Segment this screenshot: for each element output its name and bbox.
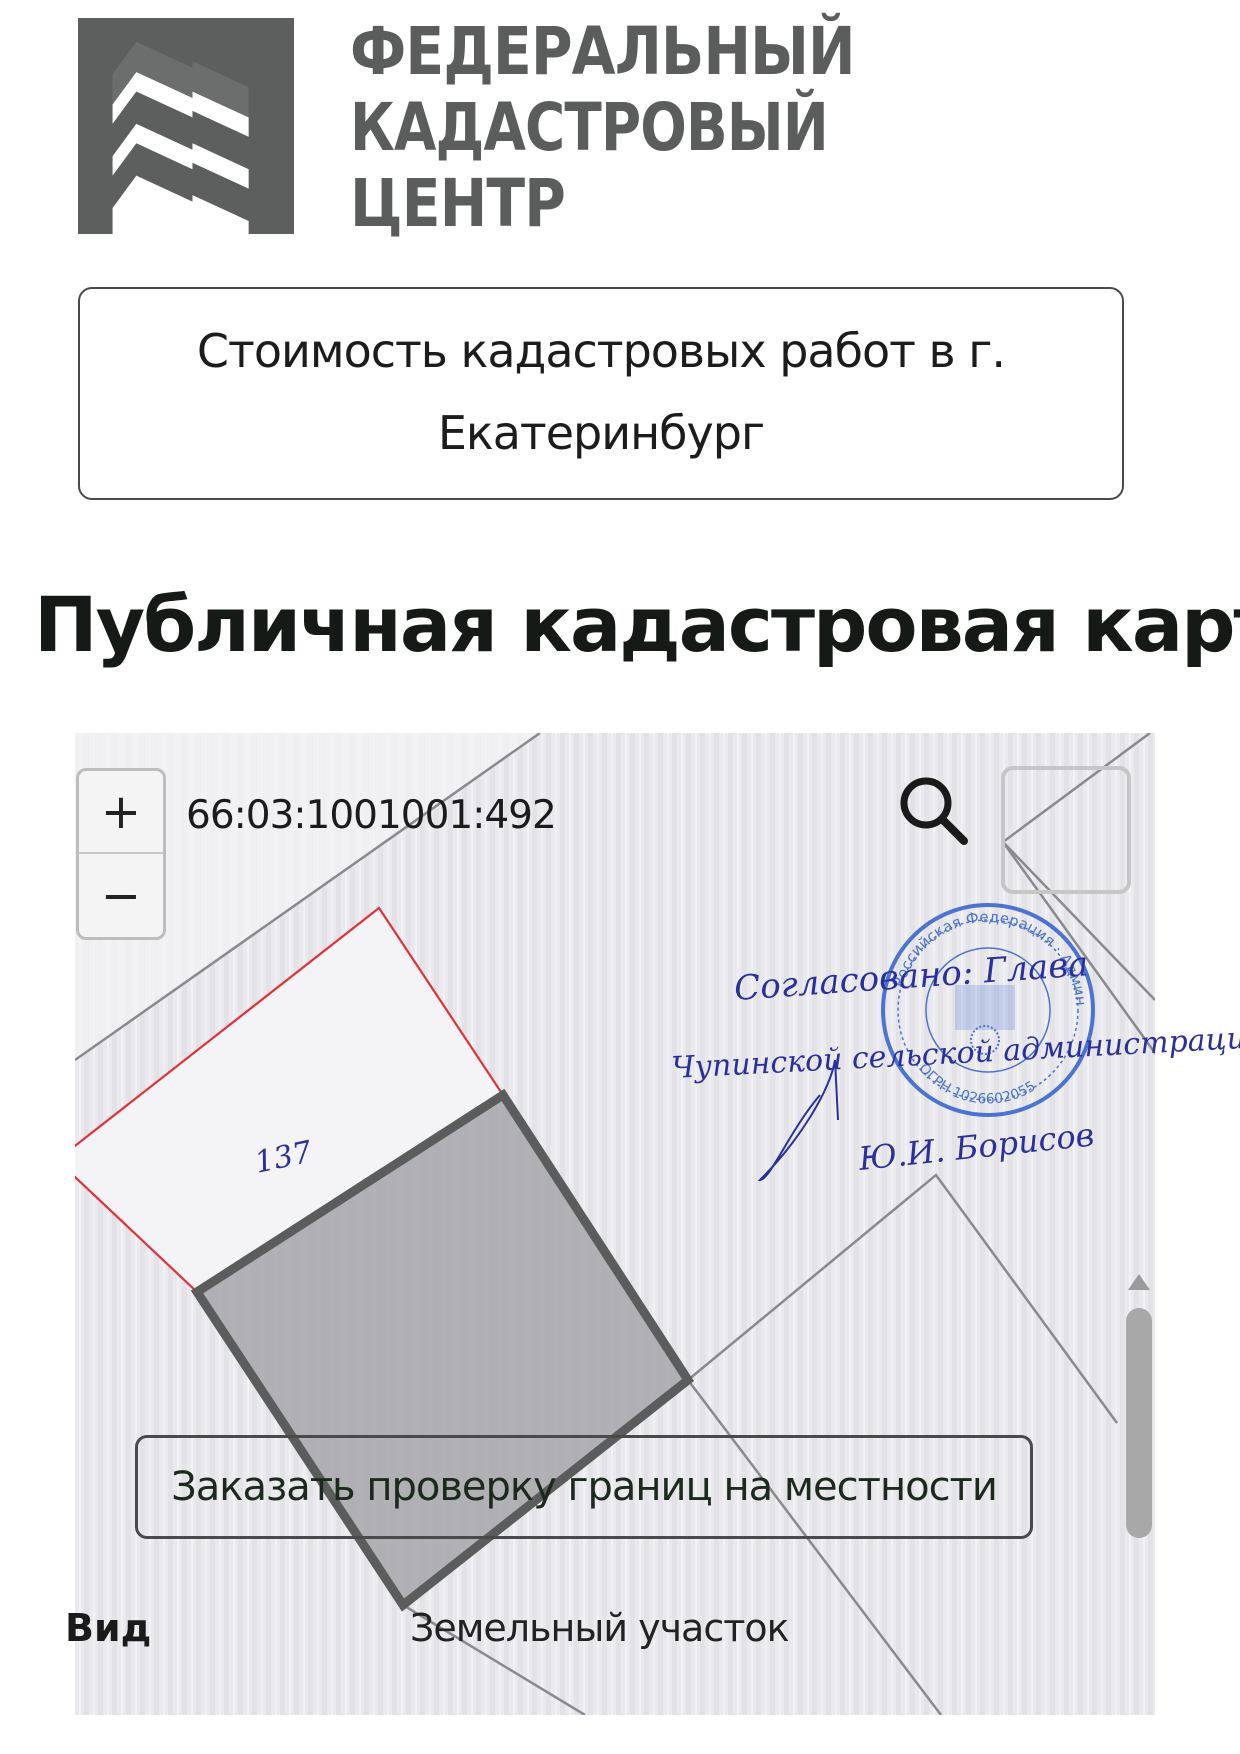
zoom-out-button[interactable]: − xyxy=(79,854,163,937)
zoom-in-button[interactable]: + xyxy=(79,771,163,854)
zoom-control: + − xyxy=(76,768,166,940)
scroll-up-arrow-icon[interactable] xyxy=(1126,1272,1152,1292)
search-icon[interactable] xyxy=(896,773,974,851)
order-boundary-check-button[interactable]: Заказать проверку границ на местности xyxy=(135,1435,1033,1539)
cadastral-number: 66:03:1001001:492 xyxy=(186,793,556,838)
kind-label: Вид xyxy=(65,1606,151,1650)
layers-button[interactable] xyxy=(1001,766,1131,894)
kind-value: Земельный участок xyxy=(410,1606,789,1650)
scrollbar-thumb[interactable] xyxy=(1126,1308,1152,1538)
